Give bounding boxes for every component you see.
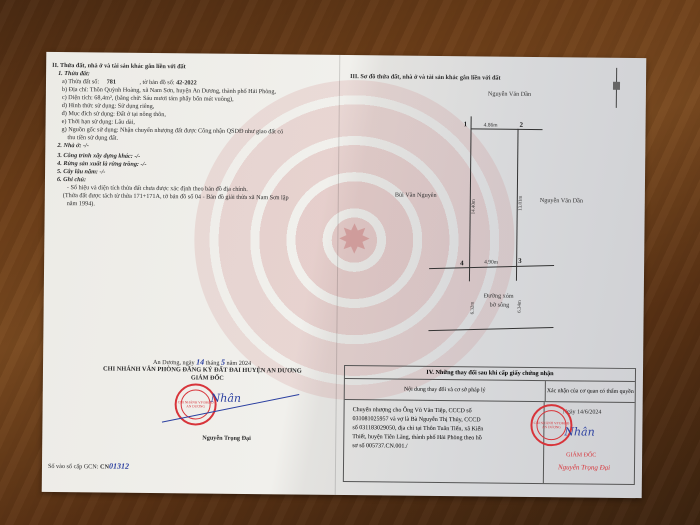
confirm-signer: Nguyễn Trọng Đại <box>558 464 610 472</box>
signature-left: Nhân <box>211 392 241 405</box>
director-title: GIÁM ĐỐC <box>191 374 224 383</box>
point-2: 2 <box>520 121 524 129</box>
cert-number-value: 01312 <box>109 462 129 471</box>
point-4: 4 <box>460 259 464 267</box>
point-3: 3 <box>518 257 522 265</box>
dim-top: 4.86m <box>484 122 498 128</box>
neighbor-left: Bùi Văn Nguyên <box>395 192 437 199</box>
dim-bottom: 4.90m <box>484 259 498 265</box>
land-use-certificate: ✸ II. Thửa đất, nhà ở và tài sản khác gắ… <box>42 52 647 498</box>
col-header-confirmation: Xác nhận của cơ quan có thẩm quyền <box>546 381 635 402</box>
dim-road-right: 6.34m <box>518 300 523 313</box>
issue-day: 14 <box>196 357 204 366</box>
change-content: Chuyển nhượng cho Ông Vũ Văn Tiệp, CCCD … <box>344 400 545 483</box>
signature-right: Nhân <box>564 428 594 435</box>
cert-number-prefix: CN <box>100 463 109 470</box>
col-header-content: Nội dung thay đổi và cơ sở pháp lý <box>345 379 546 401</box>
certificate-number: Số vào sổ cấp GCN: CN01312 <box>48 462 129 472</box>
note-line-3: năm 1994). <box>67 200 95 209</box>
cert-number-label: Số vào sổ cấp GCN: <box>48 463 99 471</box>
change-line: sơ số 005737.CN.001./ <box>352 442 535 453</box>
house: 2. Nhà ở: -/- <box>57 142 89 151</box>
signer-name: Nguyễn Trọng Đại <box>202 435 251 444</box>
dim-road-left: 6.32m <box>471 302 476 315</box>
neighbor-top: Nguyễn Văn Dần <box>488 90 531 97</box>
dim-left: 14.40m <box>472 199 477 214</box>
neighbor-right: Nguyễn Văn Dần <box>540 197 583 204</box>
section-3-title: III. Sơ đồ thửa đất, nhà ở và tài sản kh… <box>350 73 501 83</box>
section-4-changes-table: IV. Những thay đổi sau khi cấp giấy chứn… <box>343 365 636 485</box>
parcel-number: 781 <box>107 79 116 86</box>
road-label-2: bờ sông <box>490 302 510 309</box>
map-sheet-number: 42-2022 <box>176 79 197 86</box>
dim-right: 13.81m <box>519 196 524 211</box>
parcel-number-label: a) Thửa đất số: <box>62 78 99 85</box>
stamp-text: CHI NHÁNH VP ĐKĐĐ AN DƯƠNG <box>177 400 215 409</box>
note-line-2: (Thửa đất được tách từ thửa 171+171A, tờ… <box>63 192 289 203</box>
drum-star-watermark: ✸ <box>334 220 374 260</box>
boundary-top <box>471 128 543 130</box>
point-1: 1 <box>464 120 468 128</box>
north-marker <box>613 82 620 90</box>
confirmation-cell: Ngày 14/6/2024 CHI NHÁNH VP ĐKĐĐ AN DƯƠN… <box>544 402 635 484</box>
confirm-position: GIÁM ĐỐC <box>566 452 596 459</box>
map-sheet-label: , tờ bản đồ số: <box>139 79 174 86</box>
road-label-1: Đường xóm <box>484 292 514 299</box>
issue-month: 5 <box>221 358 225 367</box>
